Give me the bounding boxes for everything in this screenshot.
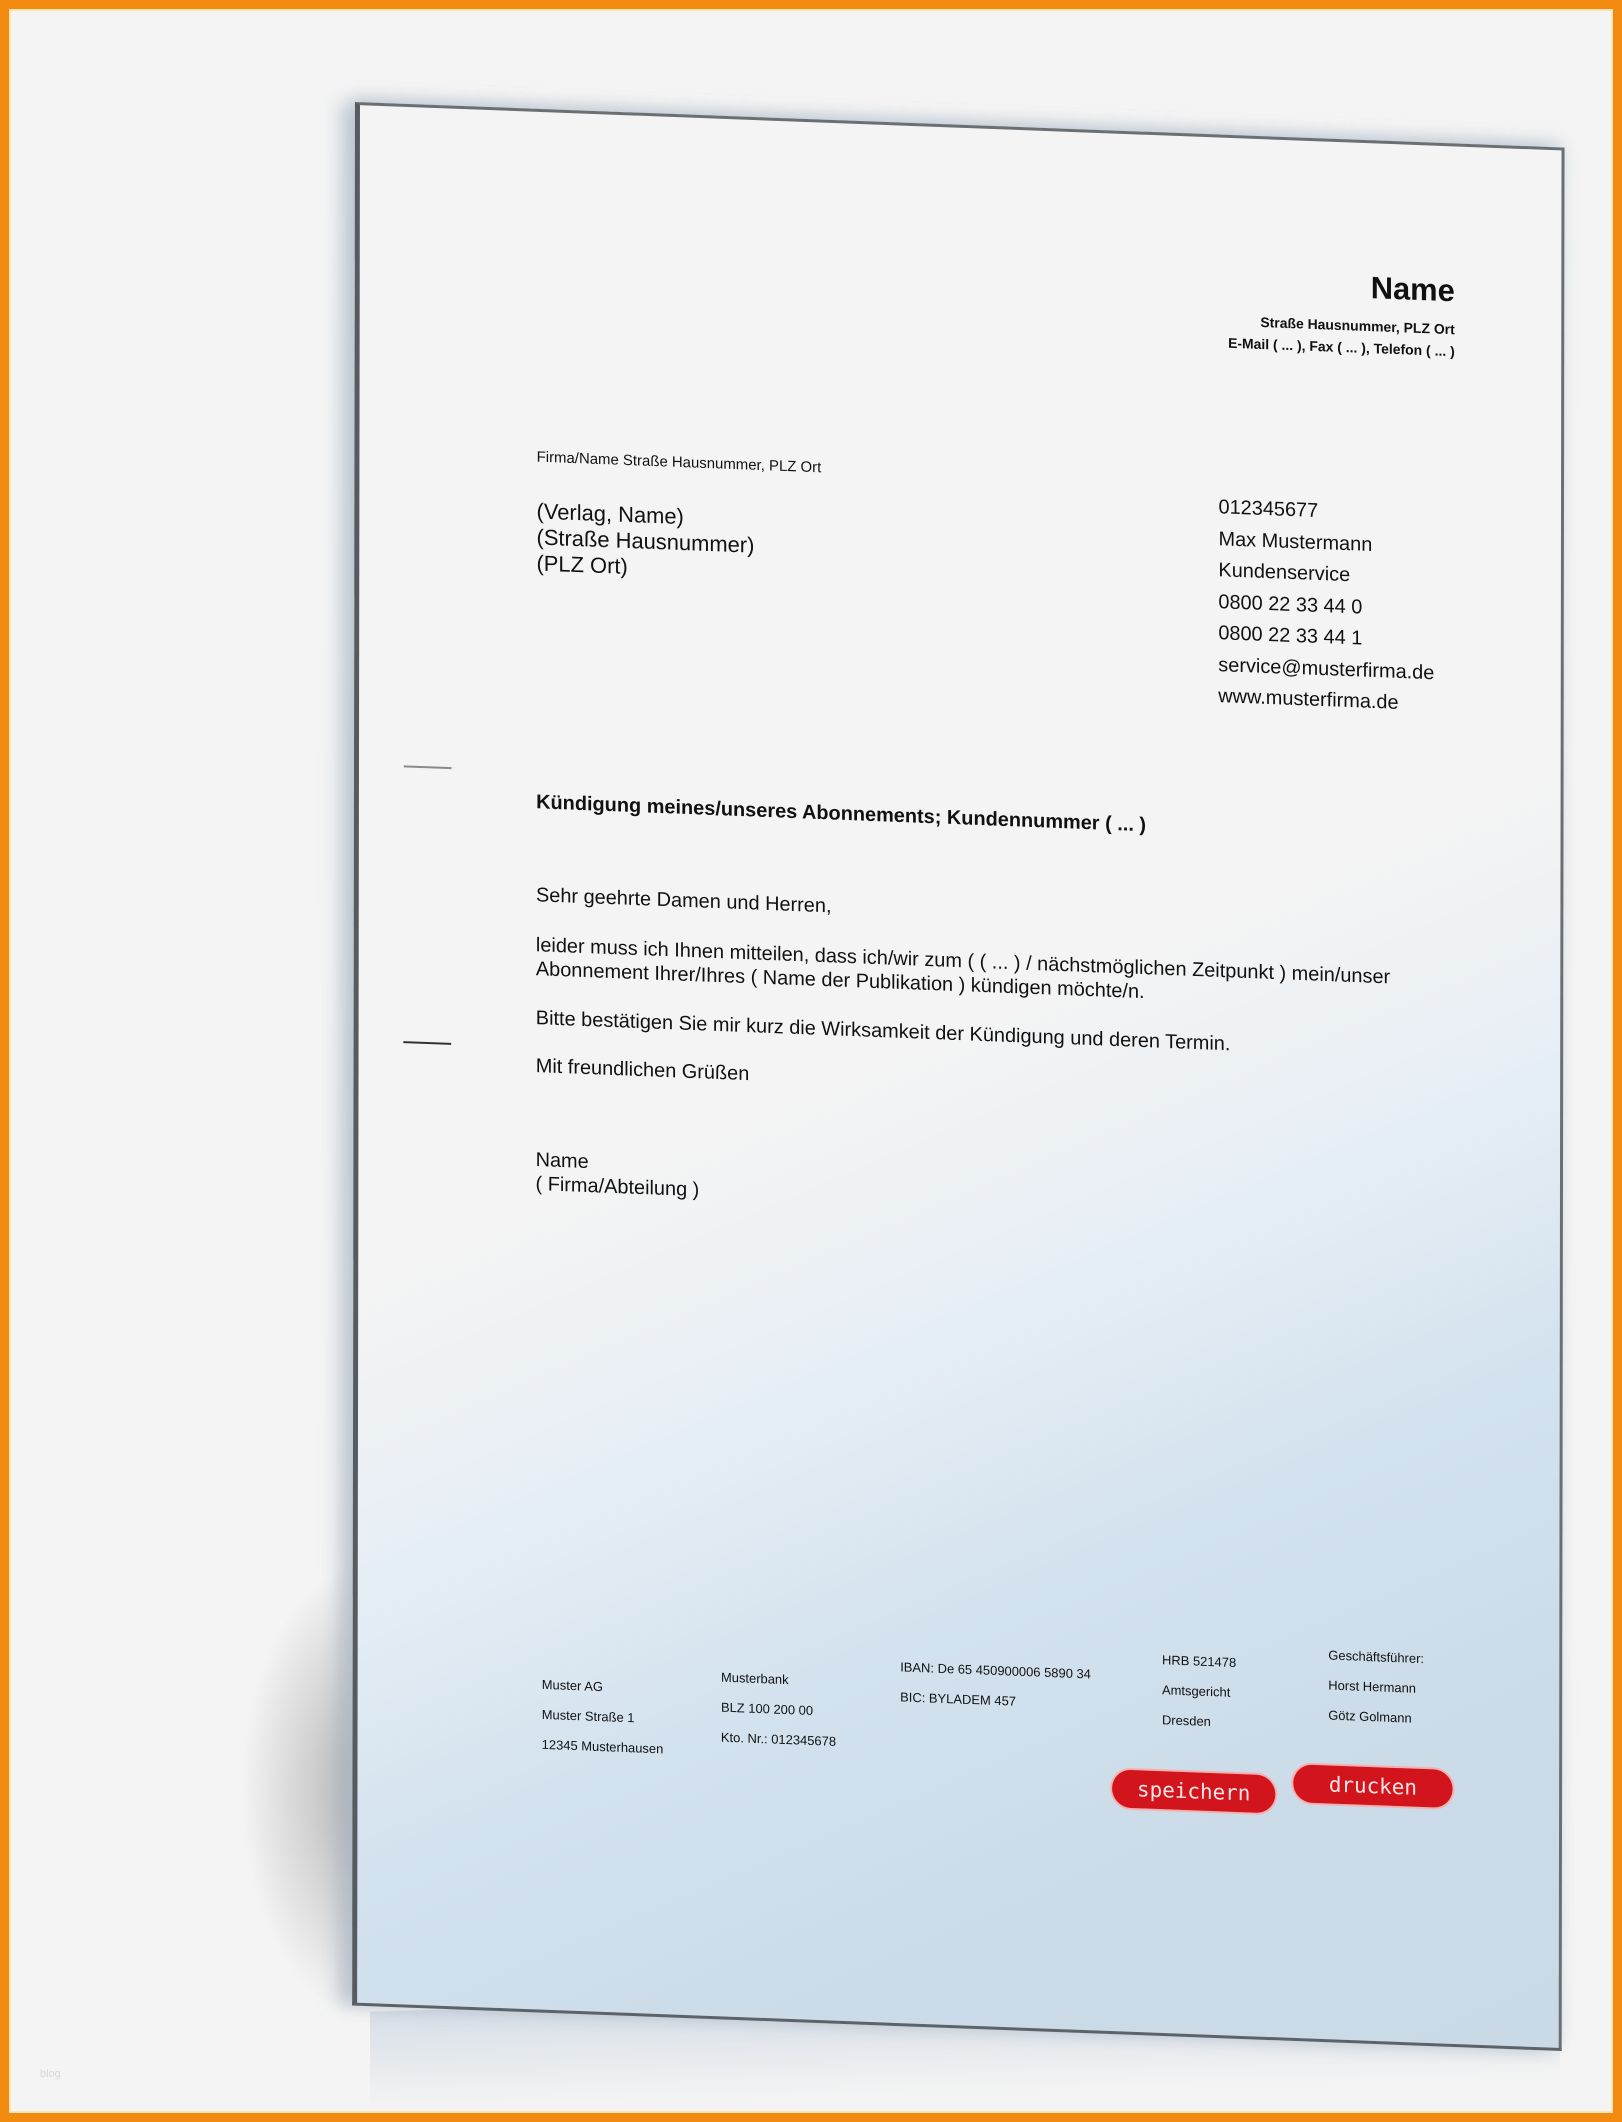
- footer-text: BLZ 100 200 00: [721, 1693, 836, 1727]
- letter-page: [352, 102, 1564, 2051]
- print-button[interactable]: drucken: [1293, 1764, 1452, 1808]
- watermark: blog: [40, 2068, 61, 2080]
- sender-name: Name: [1371, 270, 1455, 309]
- footer-company: Muster AG Muster Straße 1 12345 Musterha…: [542, 1670, 664, 1765]
- contact-block: 012345677 Max Mustermann Kundenservice 0…: [1218, 492, 1434, 720]
- footer-text: Dresden: [1162, 1705, 1236, 1738]
- footer-text: Muster Straße 1: [542, 1700, 664, 1735]
- footer-text: HRB 521478: [1162, 1645, 1236, 1678]
- recipient-address: (Verlag, Name) (Straße Hausnummer) (PLZ …: [536, 499, 754, 585]
- footer-iban: IBAN: De 65 450900006 5890 34 BIC: BYLAD…: [900, 1652, 1091, 1719]
- footer-text: Horst Hermann: [1328, 1671, 1424, 1705]
- footer-text: Geschäftsführer:: [1328, 1641, 1424, 1675]
- footer-bank: Musterbank BLZ 100 200 00 Kto. Nr.: 0123…: [721, 1663, 836, 1757]
- page-shadow: [240, 1560, 370, 2020]
- document-preview: Name Straße Hausnummer, PLZ Ort E-Mail (…: [352, 102, 1564, 2051]
- footer-management: Geschäftsführer: Horst Hermann Götz Golm…: [1328, 1641, 1424, 1735]
- footer-text: 12345 Musterhausen: [542, 1730, 664, 1765]
- footer-text: Amtsgericht: [1162, 1675, 1236, 1708]
- signature: Name ( Firma/Abteilung ): [536, 1148, 700, 1202]
- footer-register: HRB 521478 Amtsgericht Dresden: [1162, 1645, 1236, 1738]
- footer-text: Muster AG: [542, 1670, 664, 1705]
- footer-text: Musterbank: [721, 1663, 836, 1697]
- save-button[interactable]: speichern: [1112, 1769, 1275, 1813]
- footer-text: Kto. Nr.: 012345678: [721, 1723, 836, 1757]
- footer-text: Götz Golmann: [1328, 1700, 1424, 1734]
